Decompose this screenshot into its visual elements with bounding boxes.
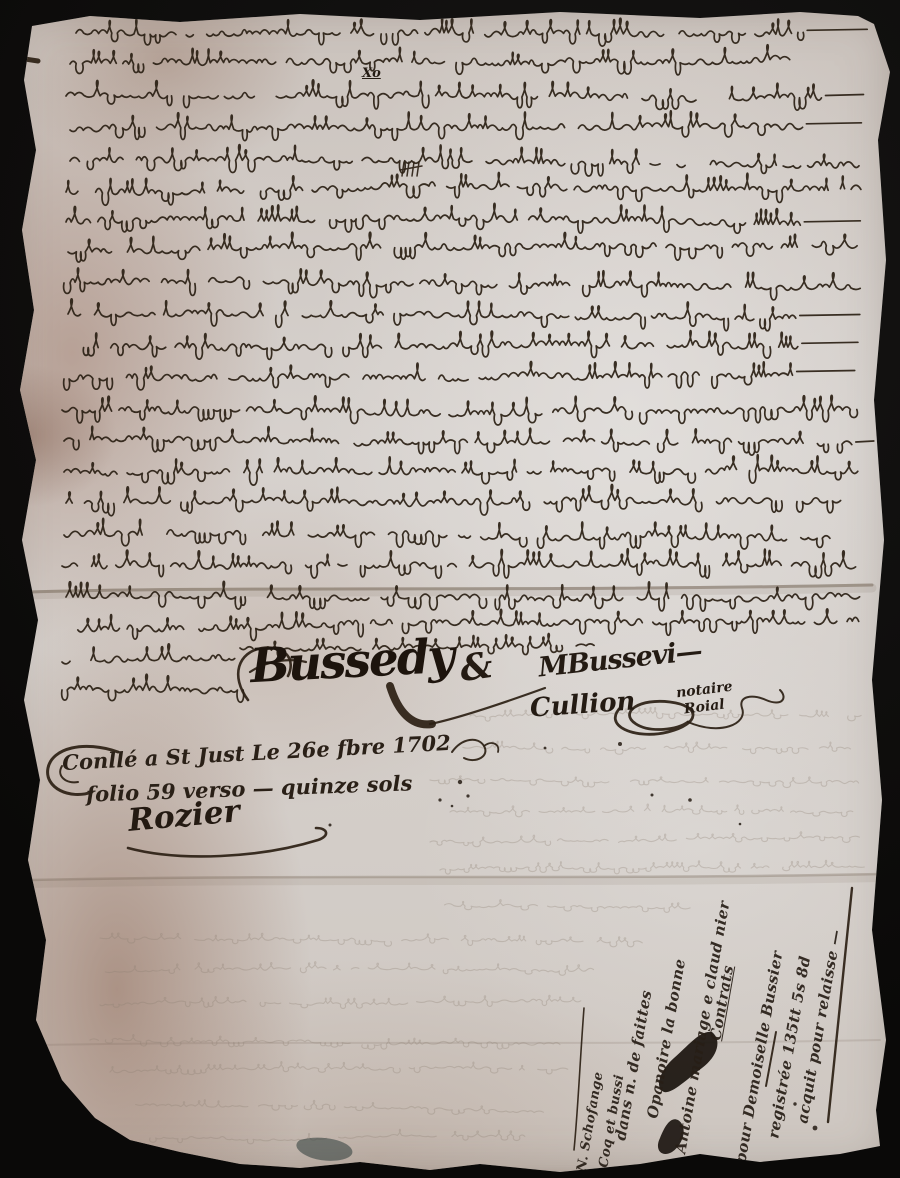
- ink-stroke: [450, 804, 853, 817]
- ink-stroke: [390, 686, 432, 724]
- ink-speck: [329, 824, 332, 827]
- ink-stroke: [62, 644, 235, 664]
- ink-stroke: [62, 395, 857, 425]
- ink-speck: [651, 794, 654, 797]
- ink-stroke: [90, 1035, 560, 1050]
- ink-stroke: [430, 832, 859, 847]
- ink-stroke: [70, 45, 790, 75]
- ink-stroke: [64, 426, 874, 455]
- ink-speck: [458, 780, 462, 784]
- ink-stroke: [136, 1100, 544, 1115]
- ink-stroke: [100, 995, 581, 1008]
- ink-stroke: [66, 485, 853, 516]
- ink-stroke: [105, 962, 601, 976]
- ink-stroke: [400, 162, 422, 176]
- ink-stroke: [430, 688, 545, 724]
- ink-speck: [466, 794, 469, 797]
- superscript-mark: Xo: [362, 66, 381, 81]
- ink-speck: [451, 805, 454, 808]
- ink-stroke: [83, 331, 858, 360]
- ink-stroke: [70, 111, 861, 141]
- ink-stroke: [66, 172, 861, 205]
- ink-speck: [688, 798, 692, 802]
- signature-bussedy: Bussedy: [249, 629, 455, 695]
- ink-stroke: [440, 741, 865, 754]
- ink-stroke: [452, 740, 485, 760]
- ink-stroke: [56, 1142, 60, 1158]
- ink-stroke: [30, 878, 884, 884]
- ink-speck: [544, 747, 547, 750]
- ink-speck: [618, 742, 622, 746]
- ink-stroke: [66, 80, 864, 110]
- ink-stroke: [42, 0, 43, 19]
- ink-speck: [438, 798, 441, 801]
- ink-stroke: [18, 58, 38, 61]
- ink-stroke: [440, 860, 864, 874]
- ink-stroke: [445, 900, 704, 913]
- ink-stroke: [66, 203, 860, 233]
- ink-stroke: [68, 232, 857, 262]
- ink-blot: [296, 1138, 352, 1161]
- ink-stroke: [68, 299, 860, 331]
- ink-stroke: [430, 776, 859, 788]
- ink-speck: [813, 1126, 818, 1131]
- ink-speck: [739, 823, 742, 826]
- ink-stroke: [62, 549, 856, 578]
- ink-stroke: [62, 674, 244, 702]
- manuscript-page: Xo Bussedy & MBussevi— Cullion notaire R…: [0, 0, 900, 1178]
- ink-stroke: [64, 268, 861, 300]
- ink-stroke: [70, 145, 859, 176]
- ink-stroke: [76, 18, 867, 46]
- ink-stroke: [470, 707, 861, 721]
- ink-stroke: [100, 933, 642, 947]
- ink-stroke: [110, 1062, 568, 1075]
- ink-stroke: [64, 518, 830, 549]
- signature-paraph: &: [457, 644, 495, 690]
- ink-stroke: [64, 455, 858, 486]
- scan-background: Xo Bussedy & MBussevi— Cullion notaire R…: [0, 0, 900, 1178]
- ink-stroke: [64, 361, 855, 390]
- ink-stroke: [78, 609, 859, 641]
